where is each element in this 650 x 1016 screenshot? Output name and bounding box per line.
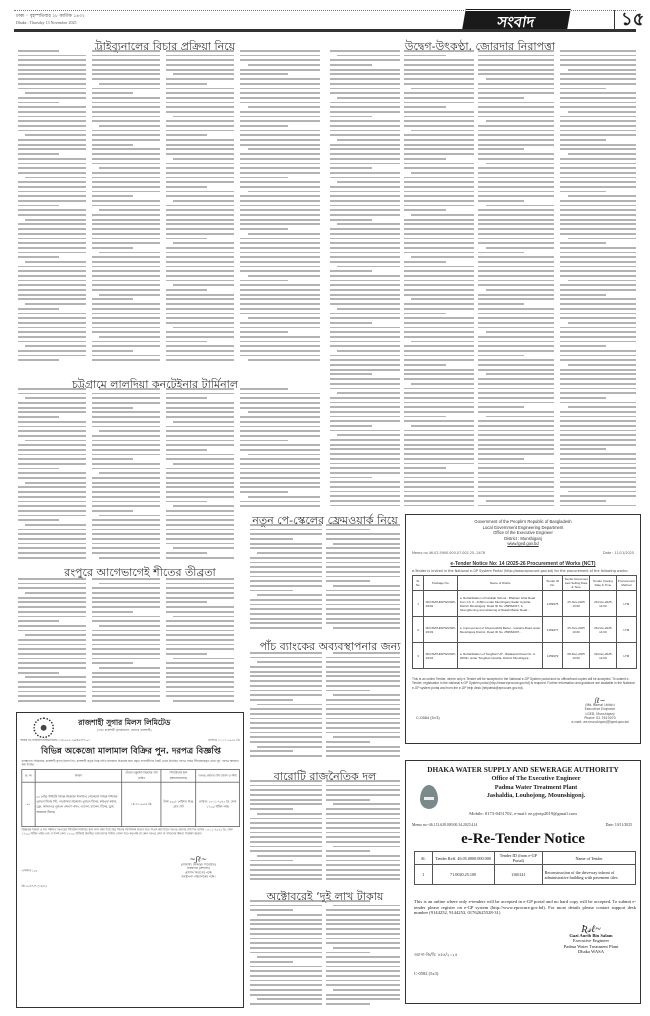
table-cell: 26-Nov-2025 14:00 <box>590 617 617 643</box>
ad-code: C-0584 (5×3) <box>416 715 440 720</box>
ad-lged-tender: Government of the People's Republic of B… <box>405 514 641 744</box>
table-cell: Reconstruction of the driveway infront o… <box>543 865 636 885</box>
ad-code: C-0582 (5x3) <box>414 971 438 976</box>
table-cell: 3 <box>413 643 424 669</box>
table-cell: তারিখঃ ১৫-১১-২০২৫ খ্রি. বেলা ১২:০০ ঘটিকা… <box>196 782 240 826</box>
masthead: ঢাকা ◦ বৃহস্পতিবার ২৮ কার্তিক ১৪৩২ Dhaka… <box>14 6 636 32</box>
table-header-cell: Tender ID No. <box>543 576 563 591</box>
table-header-cell: Package No. <box>424 576 458 591</box>
tender-table: ক্র. নংবিবরণটেন্ডার ডকুমেন্ট বিক্রয়ের শ… <box>21 769 239 827</box>
notice-intro: ব্যবস্থাপনা পরিচালক, রাজশাহী সুগার মিলস … <box>21 759 239 766</box>
table-header-cell: Tender Reff. 46.05.0000.000.000 <box>432 852 494 865</box>
table-row: 1MUNS/PHRP/W/2025-26/32a. Rehabilitation… <box>413 591 637 617</box>
table-cell: a. Rehabilitation of Fatullah School - B… <box>458 591 543 617</box>
table-header-cell: Sl. No. <box>413 576 424 591</box>
tender-table: Sl.Tender Reff. 46.05.0000.000.000Tender… <box>414 851 636 885</box>
table-cell: 1159975 <box>543 591 563 617</box>
company-logo-icon <box>33 717 54 738</box>
table-cell: LTM <box>616 591 636 617</box>
article-text-column <box>560 50 636 515</box>
org-name: DHAKA WATER SUPPLY AND SEWERAGE AUTHORIT… <box>406 765 640 774</box>
signature-block: Ʀ𝓈ℓ~ Gazi Aurib Bin Salam Executive Engi… <box>546 927 636 955</box>
article-text-column <box>92 578 160 708</box>
table-cell: 71.0020.25.100 <box>432 865 494 885</box>
table-cell: টাকা ৫০০/- (পাঁচশত মাত্র) প্রতি সেট <box>161 782 196 826</box>
lged-header: Government of the People's Republic of B… <box>406 519 640 547</box>
table-cell: MUNS/PHRP/W/2025-26/34 <box>424 643 458 669</box>
table-cell: LTM <box>616 643 636 669</box>
notice-date: Date : 11/11/2025 <box>603 551 634 555</box>
table-cell: 08-Dec-2025 13:00 <box>563 643 590 669</box>
table-header-cell: টেন্ডার ডকুমেন্ট বিক্রয়ের শেষ তারিখ <box>122 770 161 783</box>
article-text-column <box>330 50 400 515</box>
plant-address: Jashaldia, Louhojong, Mounshigonj. <box>436 792 636 801</box>
table-header-cell: Name of Works <box>458 576 543 591</box>
article-text-column <box>92 388 160 562</box>
signature-block: ~ʃℓ~ (মোহাম্মদ মোকছেদ সারোয়ার) ব্যবস্থা… <box>165 858 232 878</box>
article-text-column <box>326 900 400 1010</box>
masthead-rule <box>14 29 636 32</box>
table-cell: ১৪-১১-২০২৫ খ্রি. <box>122 782 161 826</box>
table-header-cell: Sl. <box>415 852 433 865</box>
newspaper-logo: সংবাদ <box>462 8 571 30</box>
signatory-email: e-mail: ee.munshiganj@lged.gov.bd <box>570 720 630 724</box>
table-cell: 1 <box>413 591 424 617</box>
table-cell: a. Rehabilitation of Tongibari UP - Bata… <box>458 643 543 669</box>
table-header-cell: Tender ID (from e-GP Portal) <box>494 852 543 865</box>
article-text-column <box>404 50 474 515</box>
memo-number: স্মারক নং-রাচিমিলস/অর্থ/বিক্রয়-১২/২০২৫-… <box>20 738 90 743</box>
ad-code: জি-৩৫৮৭/৭ (১৮/৩) <box>21 884 46 889</box>
article-text-column <box>166 388 234 562</box>
article-text-column <box>18 388 86 562</box>
table-header-cell: Tender Document Last Selling Date & Time <box>563 576 590 591</box>
table-cell: 25-Nov-2025 13:00 <box>563 591 590 617</box>
table-cell: 1159977 <box>543 617 563 643</box>
tender-instructions: This is an online where only e-tenders w… <box>414 899 636 916</box>
table-cell: 25-Nov-2025 13:00 <box>563 617 590 643</box>
table-header-cell: Tender Closing Date & Time <box>590 576 617 591</box>
table-cell: 2 <box>413 617 424 643</box>
table-cell: a. Improvement of Shyamsiddhi Bazar - Ga… <box>458 617 543 643</box>
article-text-column <box>326 780 400 884</box>
table-row: 171.0020.25.1001160141Reconstruction of … <box>415 865 636 885</box>
date-bengali: ঢাকা ◦ বৃহস্পতিবার ২৮ কার্তিক ১৪৩২ <box>16 13 85 20</box>
table-header-cell: ক্র. নং <box>22 770 35 783</box>
office-block: Office of The Executive Engineer Padma W… <box>436 775 636 801</box>
article-text-column <box>250 780 322 884</box>
table-header-cell: Procurement Method <box>616 576 636 591</box>
office-name: Office of The Executive Engineer <box>436 775 636 784</box>
notice-conditions: বিজ্ঞপ্তির বিবরণ ও শর্ত সম্বলিত দরপত্রের… <box>21 828 239 835</box>
table-cell: ০৫ (পাঁচ) আইটেম বিভিন্ন অকেজো মালামাল; (… <box>35 782 122 826</box>
article-text-column <box>166 578 234 708</box>
ad-rajshahi-sugar-mills: রাজশাহী সুগার মিলস লিমিটেড (পোঃ রাজশাহী … <box>16 712 244 1008</box>
table-header-cell: সিডিউলের মূল্য (অফেরতযোগ্য) <box>161 770 196 783</box>
article-text-column <box>250 524 322 634</box>
plant-name: Padma Water Treatment Plant <box>436 784 636 793</box>
table-row: 3MUNS/PHRP/W/2025-26/34a. Rehabilitation… <box>413 643 637 669</box>
table-header-cell: বিবরণ <box>35 770 122 783</box>
article-text-column <box>326 524 400 634</box>
contact-info: Mobile: 0173-0451702, e-mail: ee.pjwtp20… <box>406 811 640 816</box>
signatory-name: Gazi Aurib Bin Salam <box>569 933 612 938</box>
table-cell: LTM <box>616 617 636 643</box>
table-row: ০১০৫ (পাঁচ) আইটেম বিভিন্ন অকেজো মালামাল;… <box>22 782 240 826</box>
article-text-column <box>250 900 322 1010</box>
ad-reference: ওয়াসা-জি/বি: ৪৫৪/২০২৫ <box>414 952 457 959</box>
signatory-behalf: ব্যবস্থাপনা পরিচালকের পক্ষে। <box>165 874 232 878</box>
article-text-column <box>92 50 160 368</box>
tender-note: This is an online Tender, where only e-T… <box>412 677 637 690</box>
notice-title: বিভিন্ন অকেজো মালামাল বিক্রির পুন. দরপত্… <box>20 745 242 759</box>
ad-dwasa-retender: DHAKA WATER SUPPLY AND SEWERAGE AUTHORIT… <box>405 760 641 1004</box>
memo-number: Memo no:-46.113.628.000.00.34.2025.414 <box>412 823 477 827</box>
date-english: Dhaka : Thursday 13 November 2025 <box>16 20 76 25</box>
signature-block: ʃℓ~ (Md. Kamal Uddin) Executive Engineer… <box>570 699 630 724</box>
lged-website-link[interactable]: www.lged.gov.bd <box>406 541 640 547</box>
notice-title: e-Tender Notice No: 14 /2025-26 Procurem… <box>406 561 640 567</box>
table-cell: 09-Dec-2025 14:00 <box>590 643 617 669</box>
article-text-column <box>18 578 86 708</box>
notice-intro: e-Tender is invited in the National e-GP… <box>412 569 628 573</box>
company-address: (পোঃ রাজশাহী সুগারমিলস, জেলাঃ রাজশাহী) <box>61 728 187 733</box>
notice-date: Date: 10/11/2025 <box>606 823 632 827</box>
article-text-column <box>250 652 322 764</box>
article-text-column <box>478 50 554 515</box>
table-header-cell: Name of Tender <box>543 852 636 865</box>
table-row: 2MUNS/PHRP/W/2025-26/33a. Improvement of… <box>413 617 637 643</box>
signatory-org: Dhaka WASA <box>546 949 636 955</box>
article-text-column <box>166 50 234 368</box>
notice-title: e-Re-Tender Notice <box>406 831 640 848</box>
tender-table: Sl. No.Package No.Name of WorksTender ID… <box>412 575 637 669</box>
memo-number: Memo no 46.02.5900.000.07.002.25.-2478 <box>412 551 485 555</box>
table-cell: MUNS/PHRP/W/2025-26/33 <box>424 617 458 643</box>
table-cell: 26-Nov-2025 14:00 <box>590 591 617 617</box>
table-header-cell: দরপত্র গ্রহণের শেষ তারিখ ও সময় <box>196 770 240 783</box>
page-number: ১৫ <box>614 10 644 30</box>
table-cell: 1159979 <box>543 643 563 669</box>
article-text-column <box>240 50 320 368</box>
table-cell: ০১ <box>22 782 35 826</box>
table-cell: 1 <box>415 865 433 885</box>
article-text-column <box>326 652 400 764</box>
ad-reference: এসআর-১০৫ <box>21 868 37 873</box>
table-cell: 1160141 <box>494 865 543 885</box>
notice-date: তারিখঃ ১১-১১-২০২৫ খ্রি. <box>208 738 240 743</box>
table-cell: MUNS/PHRP/W/2025-26/32 <box>424 591 458 617</box>
article-text-column <box>18 50 86 368</box>
article-text-column <box>240 388 320 512</box>
